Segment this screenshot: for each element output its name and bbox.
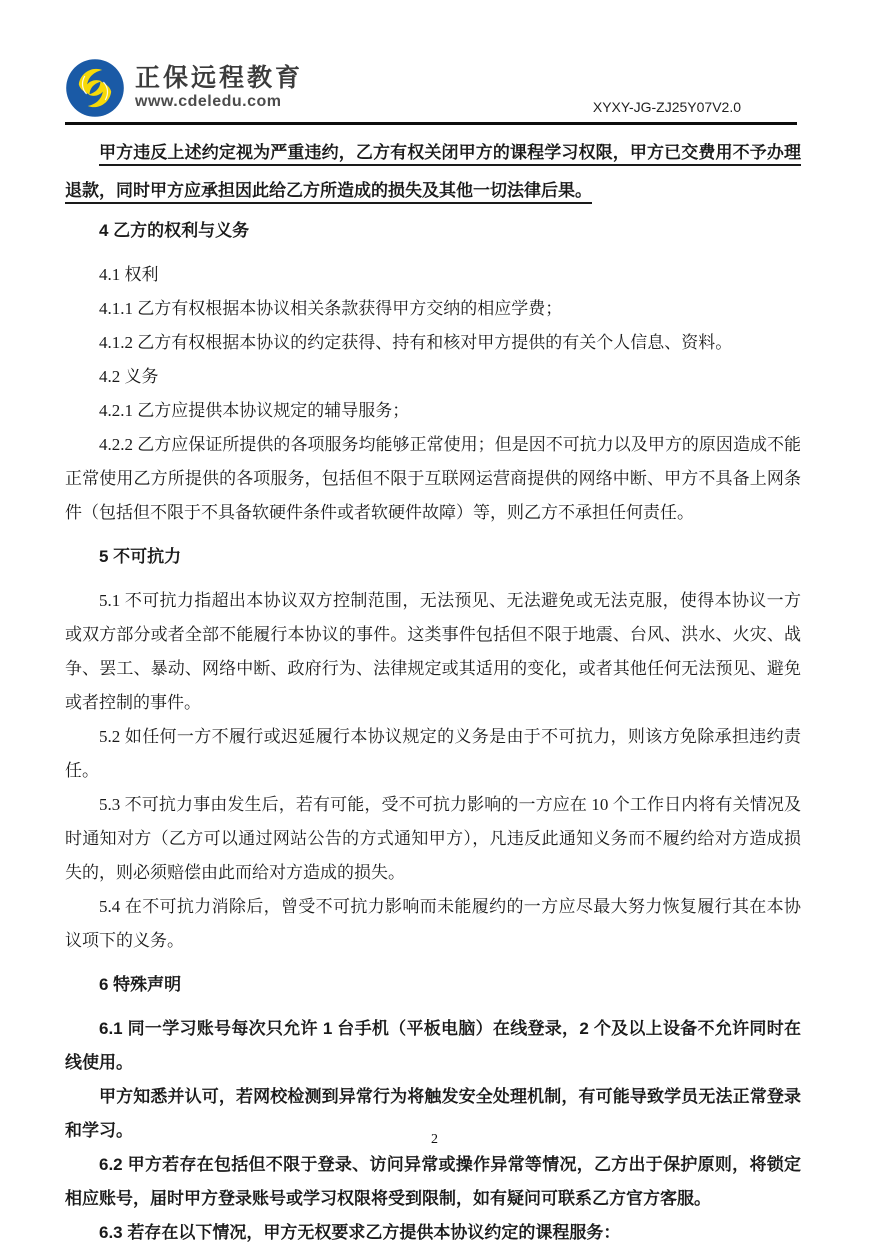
intro-breach-clause: 甲方违反上述约定视为严重违约，乙方有权关闭甲方的课程学习权限，甲方已交费用不予办… bbox=[65, 134, 801, 210]
clause-5-2: 5.2 如任何一方不履行或迟延履行本协议规定的义务是由于不可抗力，则该方免除承担… bbox=[65, 720, 801, 788]
brand-website: www.cdeledu.com bbox=[135, 93, 303, 111]
clause-6-3: 6.3 若存在以下情况，甲方无权要求乙方提供本协议约定的课程服务： bbox=[65, 1216, 801, 1242]
brand-name: 正保远程教育 bbox=[135, 64, 303, 93]
clause-5-4: 5.4 在不可抗力消除后，曾受不可抗力影响而未能履约的一方应尽最大努力恢复履行其… bbox=[65, 890, 801, 958]
swirl-logo-icon bbox=[65, 58, 125, 118]
clause-5-3: 5.3 不可抗力事由发生后，若有可能，受不可抗力影响的一方应在 10 个工作日内… bbox=[65, 788, 801, 890]
clause-4-2: 4.2 义务 bbox=[65, 360, 801, 394]
page-number: 2 bbox=[0, 1132, 869, 1148]
clause-5-1: 5.1 不可抗力指超出本协议双方控制范围，无法预见、无法避免或无法克服，使得本协… bbox=[65, 584, 801, 720]
brand-logo: 正保远程教育 www.cdeledu.com bbox=[65, 58, 303, 118]
document-code: XYXY-JG-ZJ25Y07V2.0 bbox=[593, 99, 741, 118]
document-page: 正保远程教育 www.cdeledu.com XYXY-JG-ZJ25Y07V2… bbox=[0, 0, 869, 1242]
brand-text-block: 正保远程教育 www.cdeledu.com bbox=[135, 64, 303, 111]
section-heading-4: 4 乙方的权利与义务 bbox=[65, 214, 801, 248]
header-divider bbox=[65, 122, 797, 125]
section-heading-5: 5 不可抗力 bbox=[65, 540, 801, 574]
clause-6-2: 6.2 甲方若存在包括但不限于登录、访问异常或操作异常等情况，乙方出于保护原则，… bbox=[65, 1148, 801, 1216]
clause-6-1: 6.1 同一学习账号每次只允许 1 台手机（平板电脑）在线登录，2 个及以上设备… bbox=[65, 1012, 801, 1080]
page-header: 正保远程教育 www.cdeledu.com XYXY-JG-ZJ25Y07V2… bbox=[65, 0, 799, 118]
clause-4-2-2: 4.2.2 乙方应保证所提供的各项服务均能够正常使用；但是因不可抗力以及甲方的原… bbox=[65, 428, 801, 530]
clause-4-2-1: 4.2.1 乙方应提供本协议规定的辅导服务； bbox=[65, 394, 801, 428]
document-body: 甲方违反上述约定视为严重违约，乙方有权关闭甲方的课程学习权限，甲方已交费用不予办… bbox=[65, 134, 801, 1242]
section-heading-6: 6 特殊声明 bbox=[65, 968, 801, 1002]
clause-4-1: 4.1 权利 bbox=[65, 258, 801, 292]
clause-4-1-2: 4.1.2 乙方有权根据本协议的约定获得、持有和核对甲方提供的有关个人信息、资料… bbox=[65, 326, 801, 360]
clause-4-1-1: 4.1.1 乙方有权根据本协议相关条款获得甲方交纳的相应学费； bbox=[65, 292, 801, 326]
